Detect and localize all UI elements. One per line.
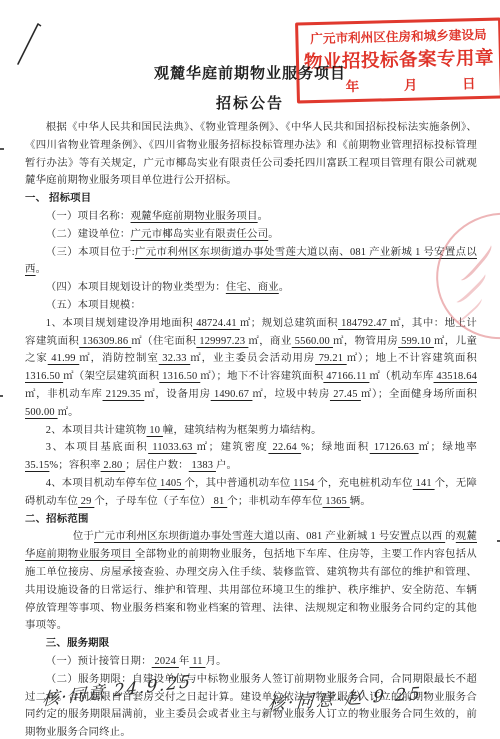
text-run: （一）项目名称： <box>46 211 131 222</box>
filled-blank-value: 5560.00 <box>292 336 333 347</box>
text-run: 全部物业的前期物业服务，包括地下车库、住房等，主要工作内容包括从施工单位接房、房… <box>25 549 477 631</box>
filled-blank-value: 17126.63 <box>370 442 419 453</box>
text-run: （一）预计接管日期： <box>46 656 152 667</box>
scale-heading-item: （五）本项目规模： <box>25 297 477 315</box>
text-run: ㎡）；地上不计容建筑面积 <box>347 353 477 364</box>
scan-artifact <box>0 395 3 397</box>
filled-blank-value: 广元市利州区东坝街道办事处雪莲大道以南、081 产业新城 1 号安置点以西 <box>94 531 445 542</box>
filled-blank-value: 500.00 <box>25 407 58 418</box>
filled-blank-value: 1383 <box>189 460 216 471</box>
filled-blank-value: 10 <box>147 425 163 436</box>
filled-blank-value: 2129.35 <box>103 389 145 400</box>
text-run: 个，其中普通机动车位 <box>184 478 290 489</box>
filled-blank-value: 观麓华庭前期物业服务项目 <box>131 211 258 222</box>
text-run: 2、本项目共计建筑物 <box>46 425 147 436</box>
document-body: 根据《中华人民共和国民法典》、《物业管理条例》、《中华人民共和国招标投标法实施条… <box>25 119 477 739</box>
text-run: （四）本项目规划设计的物业类型为： <box>46 282 226 293</box>
filled-blank-value: 599.10 <box>398 336 434 347</box>
text-run: 三、服务期限 <box>46 638 110 649</box>
scale-detail-1: 1、本项目规划建设净用地面积 48724.41 ㎡；规划总建筑面积 184792… <box>25 315 477 422</box>
text-run: 根据《中华人民共和国民法典》、《物业管理条例》、《中华人民共和国招标投标法实施条… <box>25 122 477 186</box>
section-2-heading: 二、招标范围 <box>25 511 477 529</box>
filled-blank-value: 1365 <box>323 496 350 507</box>
text-run: 月。 <box>205 656 226 667</box>
text-run: 户。 <box>216 460 237 471</box>
filled-blank-value: 住宅、商业 <box>226 282 279 293</box>
text-run: 辆。 <box>350 496 371 507</box>
filled-blank-value: 41.99 <box>48 353 80 364</box>
text-run: 。 <box>279 282 290 293</box>
text-run: ㎡，商业 <box>248 336 291 347</box>
filled-blank-value: 79.21 <box>315 353 347 364</box>
filled-blank-value: 27.45 <box>330 389 361 400</box>
project-name-item: （一）项目名称：观麓华庭前期物业服务项目。 <box>25 208 477 226</box>
takeover-date-item: （一）预计接管日期： 2024 年 11 月。 <box>25 653 477 671</box>
developer-item: （二）建设单位：广元市椰岛实业有限责任公司。 <box>25 226 477 244</box>
text-run: 。 <box>36 264 47 275</box>
property-type-item: （四）本项目规划设计的物业类型为：住宅、商业。 <box>25 279 477 297</box>
text-run: （三）本项目位于: <box>46 247 135 258</box>
text-run: 个，充电桩机动车位 <box>317 478 412 489</box>
text-run: 位于 <box>73 531 94 542</box>
text-run: ㎡（机动车库 <box>369 371 433 382</box>
text-run: 一、 招标项目 <box>25 193 91 204</box>
text-run: ㎡。 <box>58 407 79 418</box>
text-run: ㎡，设备用房 <box>144 389 210 400</box>
text-run: ㎡，物管用房 <box>333 336 398 347</box>
scale-detail-3: 3、本项目基底面积 11033.63 ㎡；建筑密度 22.64 %；绿地面积 1… <box>25 439 477 475</box>
filled-blank-value: 11 <box>189 656 205 667</box>
scan-artifact <box>0 148 4 150</box>
text-run: ㎡）；全面健身场所面积 <box>361 389 477 400</box>
filled-blank-value: 2.80 <box>101 460 126 471</box>
text-run: ㎡（架空层建筑面积 <box>63 371 159 382</box>
text-run: 1、本项目规划建设净用地面积 <box>46 318 193 329</box>
filled-blank-value: 129997.23 <box>196 336 248 347</box>
text-run: ㎡，消防控制室 <box>79 353 159 364</box>
stamp-day-label: 日 <box>462 72 476 92</box>
filled-blank-value: 22.64 <box>268 442 301 453</box>
filled-blank-value: 141 <box>413 478 435 489</box>
text-run: 。 <box>258 211 269 222</box>
text-run: ㎡；建筑密度 <box>197 442 269 453</box>
filled-blank-value: 1316.50 <box>25 371 63 382</box>
section-1-heading: 一、 招标项目 <box>25 190 477 208</box>
filled-blank-value: 43518.64 <box>434 371 477 382</box>
section-3-heading: 三、服务期限 <box>25 635 477 653</box>
filled-blank-value: 81 <box>211 496 227 507</box>
text-run: （二）建设单位： <box>46 229 131 240</box>
scale-detail-4: 4、本项目机动车停车位 1405 个，其中普通机动车位 1154 个，充电桩机动… <box>25 475 477 511</box>
filled-blank-value: 广元市椰岛实业有限责任公司 <box>131 229 269 240</box>
document-page: 观麓华庭前期物业服务项目 招标公告 广元市利州区住房和城乡建设局 物业招投标备案… <box>0 0 500 739</box>
stamp-date-row: 年 月 日 <box>303 72 495 97</box>
text-run: （五）本项目规模： <box>46 300 141 311</box>
text-run: ㎡，垃圾中转房 <box>252 389 330 400</box>
filled-blank-value: 1490.67 <box>211 389 253 400</box>
filled-blank-value: 48724.41 <box>193 318 240 329</box>
filled-blank-value: 47166.11 <box>323 371 369 382</box>
text-run: 幢，建筑结构为框架剪力墙结构。 <box>163 425 322 436</box>
filled-blank-value: 1154 <box>291 478 318 489</box>
text-run: 二、招标范围 <box>25 514 89 525</box>
text-run: %；容积率 <box>49 460 100 471</box>
scope-paragraph: 位于广元市利州区东坝街道办事处雪莲大道以南、081 产业新城 1 号安置点以西 … <box>25 528 477 635</box>
text-run: ㎡（住宅面积 <box>131 336 196 347</box>
text-run: 的 <box>445 531 456 542</box>
filled-blank-value: 1405 <box>157 478 184 489</box>
text-run: ㎡；绿地率 <box>419 442 477 453</box>
text-run: ㎡）；地下不计容建筑面积 <box>200 371 323 382</box>
text-run: 个，子母车位（子车位） <box>94 496 211 507</box>
filled-blank-value: 136309.86 <box>79 336 131 347</box>
text-run: 个；非机动车停车位 <box>227 496 322 507</box>
text-run: 3、本项目基底面积 <box>46 442 148 453</box>
text-run: ㎡，业主委员会活动用房 <box>190 353 315 364</box>
filled-blank-value: 29 <box>78 496 94 507</box>
text-run: %；绿地面积 <box>301 442 370 453</box>
intro-paragraph: 根据《中华人民共和国民法典》、《物业管理条例》、《中华人民共和国招标投标法实施条… <box>25 119 477 190</box>
scale-detail-2: 2、本项目共计建筑物 10 幢，建筑结构为框架剪力墙结构。 <box>25 422 477 440</box>
registration-stamp: 广元市利州区住房和城乡建设局 物业招投标备案专用章 年 月 日 <box>295 17 500 103</box>
text-run: 。 <box>268 229 279 240</box>
filled-blank-value: 32.33 <box>159 353 191 364</box>
text-run: ㎡，非机动车库 <box>25 389 103 400</box>
filled-blank-value: 1316.50 <box>159 371 200 382</box>
text-run: ；居住户数： <box>125 460 189 471</box>
pen-slash-mark <box>6 20 46 70</box>
filled-blank-value: 11033.63 <box>148 442 197 453</box>
text-run: ㎡；规划总建筑面积 <box>240 318 338 329</box>
filled-blank-value: 184792.47 <box>338 318 390 329</box>
filled-blank-value: 35.15 <box>25 460 49 471</box>
filled-blank-value: 2024 <box>152 656 179 667</box>
stamp-month-label: 月 <box>404 74 418 94</box>
text-run: 4、本项目机动车停车位 <box>46 478 157 489</box>
location-item: （三）本项目位于:广元市利州区东坝街道办事处雪莲大道以南、081 产业新城 1 … <box>25 244 477 280</box>
stamp-year-label: 年 <box>345 75 359 95</box>
stamp-seal-title: 物业招投标备案专用章 <box>303 44 496 75</box>
text-run: 年 <box>179 656 190 667</box>
